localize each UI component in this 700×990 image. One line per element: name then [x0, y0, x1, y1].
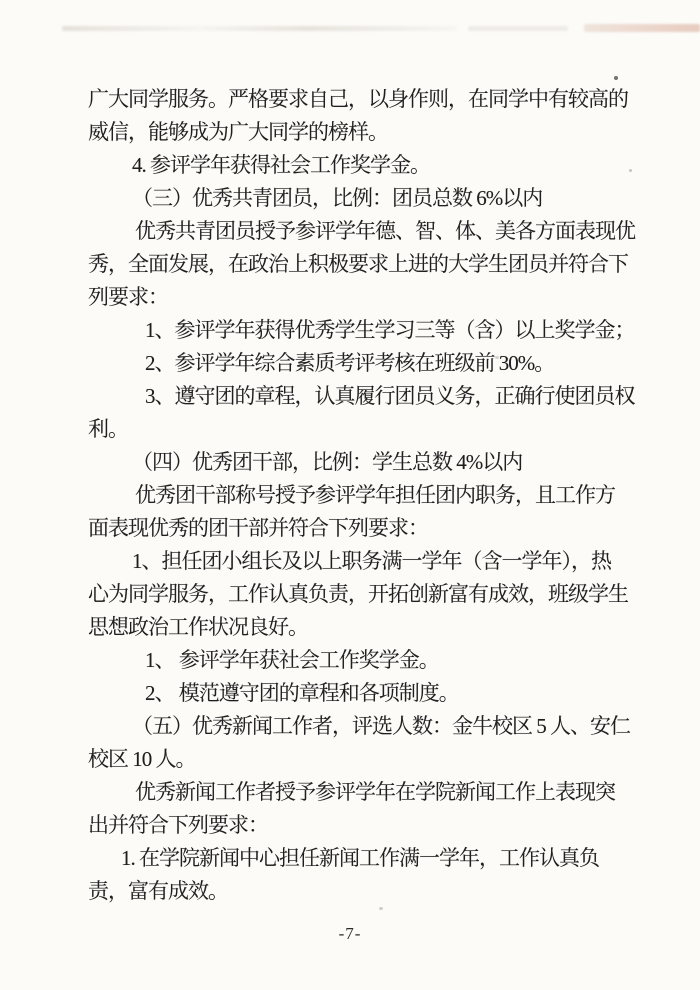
text-line: 2、 模范遵守团的章程和各项制度。	[145, 677, 636, 710]
text-line: 广大同学服务。严格要求自己，以身作则，在同学中有较高的	[88, 83, 636, 116]
text-line: 4. 参评学年获得社会工作奖学金。	[132, 149, 636, 182]
text-line: 1、参评学年获得优秀学生学习三等（含）以上奖学金；	[145, 314, 636, 347]
text-line: 1、 参评学年获社会工作奖学金。	[145, 644, 636, 677]
scanned-document-page: 广大同学服务。严格要求自己，以身作则，在同学中有较高的威信，能够成为广大同学的榜…	[0, 0, 700, 990]
text-line: 列要求：	[88, 281, 636, 314]
text-line: 1. 在学院新闻中心担任新闻工作满一学年，工作认真负	[121, 842, 636, 875]
text-line: （三）优秀共青团员，比例：团员总数 6%以内	[132, 182, 636, 215]
text-line: 心为同学服务，工作认真负责，开拓创新富有成效，班级学生	[88, 578, 636, 611]
text-line: （五）优秀新闻工作者，评选人数：金牛校区 5 人、安仁	[132, 710, 636, 743]
text-line: 利。	[88, 413, 636, 446]
scan-smudge	[62, 26, 457, 31]
text-line: 校区 10 人。	[88, 743, 636, 776]
scan-smudge	[468, 26, 568, 31]
text-line: 面表现优秀的团干部并符合下列要求：	[88, 512, 636, 545]
text-line: （四）优秀团干部，比例：学生总数 4%以内	[132, 446, 636, 479]
text-line: 优秀团干部称号授予参评学年担任团内职务，且工作方	[135, 479, 636, 512]
page-number: -7-	[0, 924, 700, 944]
text-line: 责，富有成效。	[88, 875, 636, 908]
text-line: 优秀新闻工作者授予参评学年在学院新闻工作上表现突	[135, 776, 636, 809]
text-line: 秀，全面发展，在政治上积极要求上进的大学生团员并符合下	[88, 248, 636, 281]
text-line: 2、参评学年综合素质考评考核在班级前 30%。	[145, 347, 636, 380]
text-line: 出并符合下列要求：	[88, 809, 636, 842]
text-line: 威信，能够成为广大同学的榜样。	[88, 116, 636, 149]
text-line: 3、遵守团的章程，认真履行团员义务，正确行使团员权	[145, 380, 636, 413]
scan-smudge	[584, 24, 700, 32]
scan-speck	[614, 76, 618, 80]
text-line: 思想政治工作状况良好。	[88, 611, 636, 644]
text-line: 1、担任团小组长及以上职务满一学年（含一学年），热	[132, 545, 636, 578]
text-line: 优秀共青团员授予参评学年德、智、体、美各方面表现优	[135, 215, 636, 248]
document-body: 广大同学服务。严格要求自己，以身作则，在同学中有较高的威信，能够成为广大同学的榜…	[88, 83, 636, 908]
